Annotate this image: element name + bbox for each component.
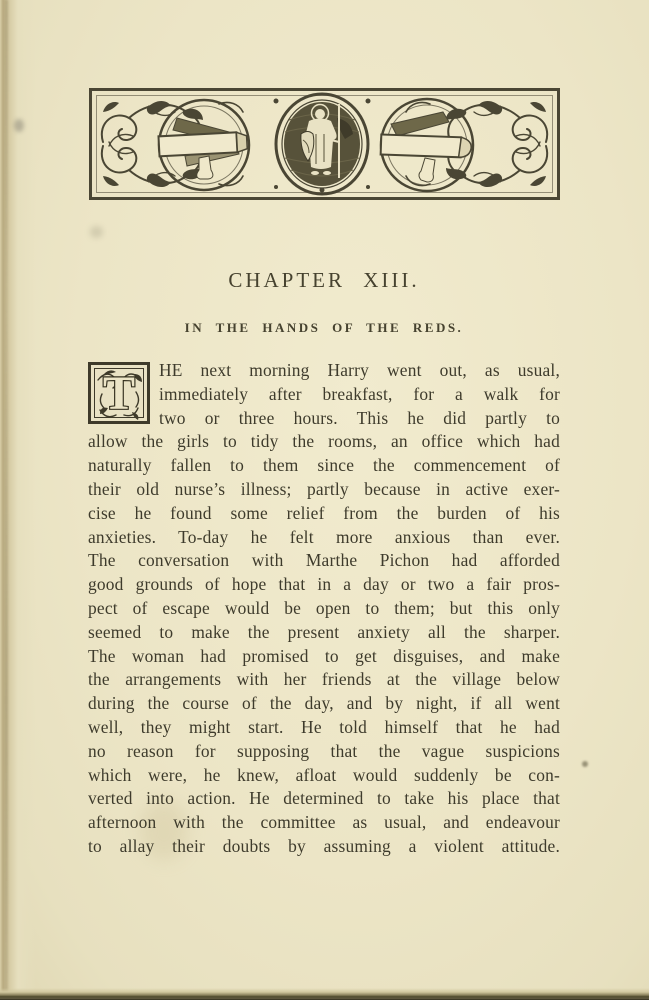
text-line: good grounds of hope that in a day or tw… xyxy=(88,573,560,597)
drop-cap-illustration: T xyxy=(88,362,150,424)
text-line: two or three hours. This he did partly t… xyxy=(88,407,560,431)
text-line: immediately after breakfast, for a walk … xyxy=(88,383,560,407)
text-line: their old nurse’s illness; partly becaus… xyxy=(88,478,560,502)
text-line: the arrangements with her friends at the… xyxy=(88,668,560,692)
chapter-title: CHAPTER XIII. xyxy=(88,267,560,293)
text-line: The conversation with Marthe Pichon had … xyxy=(88,549,560,573)
text-line: HE next morning Harry went out, as usual… xyxy=(88,359,560,383)
text-line: verted into action. He determined to tak… xyxy=(88,787,560,811)
drop-cap-woodcut: T xyxy=(88,362,150,424)
saint-figure-medallion xyxy=(276,94,368,194)
paragraph-lines: HE next morning Harry went out, as usual… xyxy=(88,359,560,859)
text-line: during the course of the day, and by nig… xyxy=(88,692,560,716)
text-line: naturally fallen to them since the comme… xyxy=(88,454,560,478)
chapter-paragraph: T HE next morning Harry went out, as usu… xyxy=(88,359,560,859)
text-line: well, they might start. He told himself … xyxy=(88,716,560,740)
text-line: pect of escape would be open to them; bu… xyxy=(88,597,560,621)
text-line: seemed to make the present anxiety all t… xyxy=(88,621,560,645)
text-line: allow the girls to tidy the rooms, an of… xyxy=(88,430,560,454)
text-line: which were, he knew, afloat would sudden… xyxy=(88,764,560,788)
chapter-headpiece-ornament-illustration xyxy=(89,88,560,200)
text-line: anxieties. To-day he felt more anxious t… xyxy=(88,526,560,550)
text-line: to allay their doubts by assuming a viol… xyxy=(88,835,560,859)
chapter-subtitle: IN THE HANDS OF THE REDS. xyxy=(88,320,560,336)
text-line: cise he found some relief from the burde… xyxy=(88,502,560,526)
text-line: no reason for supposing that the vague s… xyxy=(88,740,560,764)
page-bottom-edge xyxy=(0,988,649,1000)
text-line: afternoon with the committee as usual, a… xyxy=(88,811,560,835)
drop-cap-letter: T xyxy=(103,367,135,420)
left-banner-scroll xyxy=(158,100,249,190)
book-page: CHAPTER XIII. IN THE HANDS OF THE REDS. xyxy=(0,0,649,1000)
text-line: The woman had promised to get disguises,… xyxy=(88,645,560,669)
right-banner-scroll xyxy=(380,99,472,191)
page-content: CHAPTER XIII. IN THE HANDS OF THE REDS. xyxy=(0,0,649,859)
